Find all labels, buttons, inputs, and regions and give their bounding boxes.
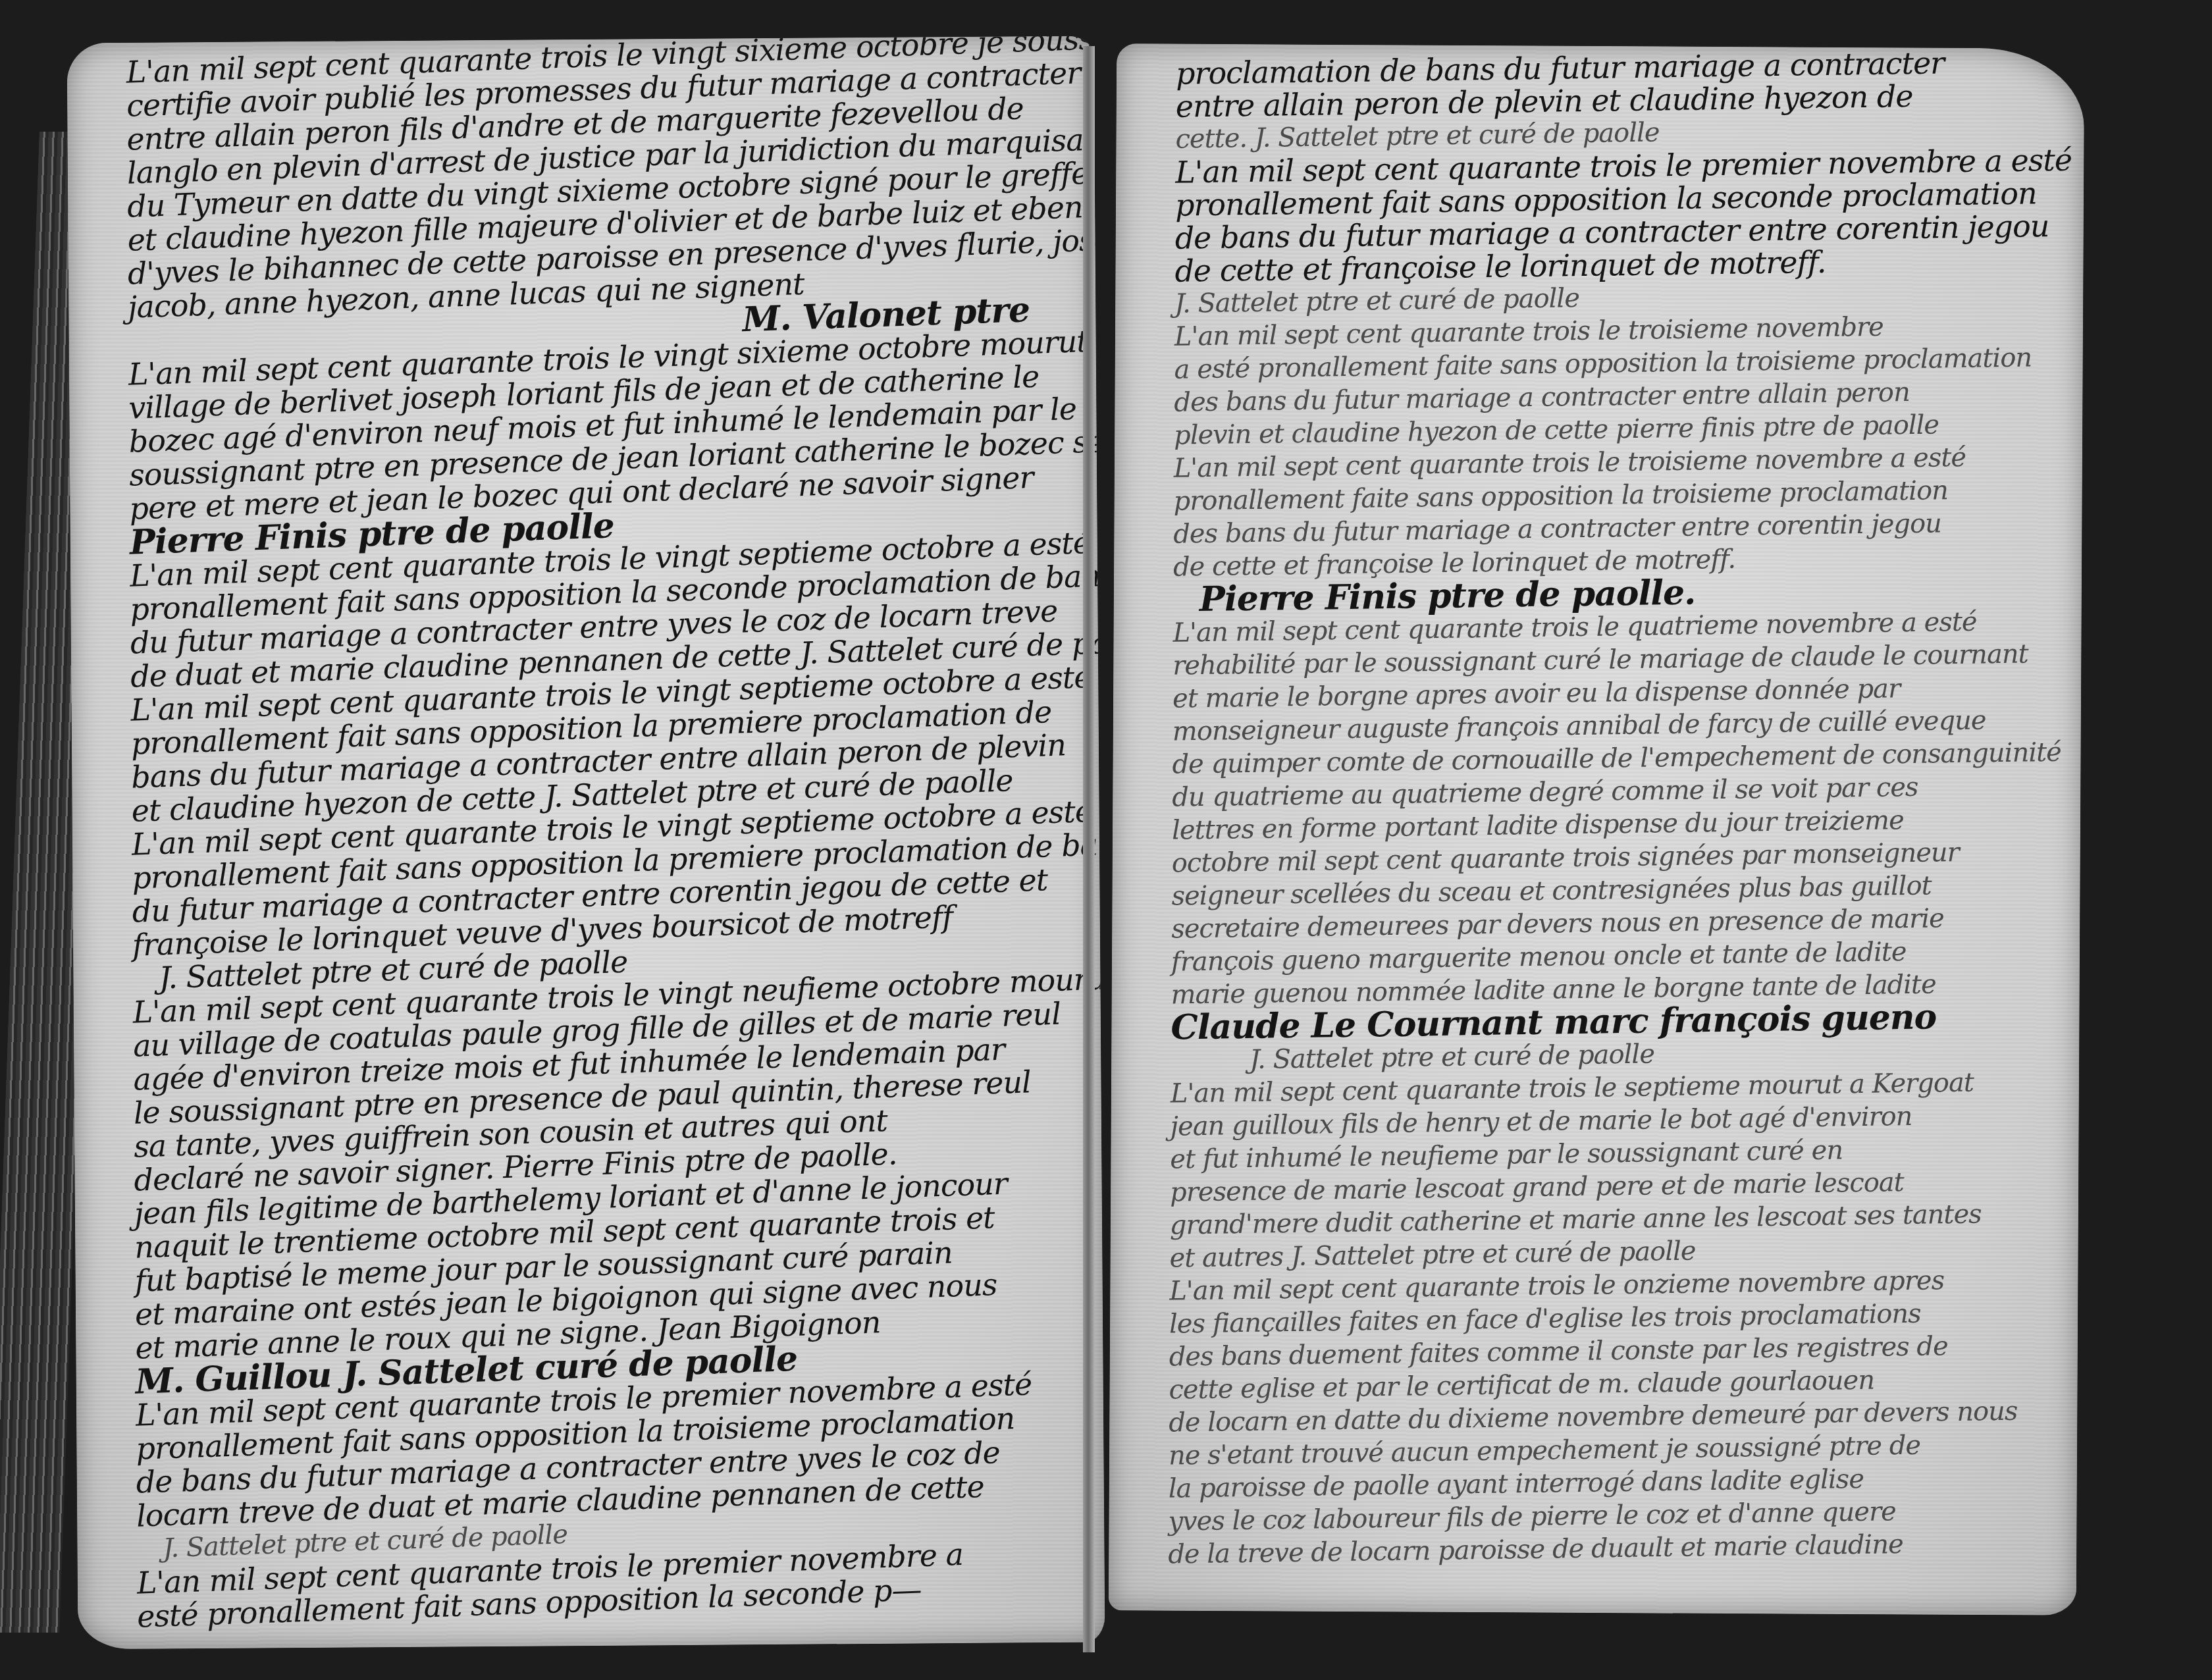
right-page: proclamation de bans du futur mariage a … (1109, 43, 2084, 1615)
right-page-text: proclamation de bans du futur mariage a … (1168, 57, 2058, 1576)
left-page-text: L'an mil sept cent quarante trois le vin… (126, 49, 1079, 1634)
left-page: L'an mil sept cent quarante trois le vin… (67, 36, 1105, 1650)
book-spine (1083, 46, 1095, 1652)
